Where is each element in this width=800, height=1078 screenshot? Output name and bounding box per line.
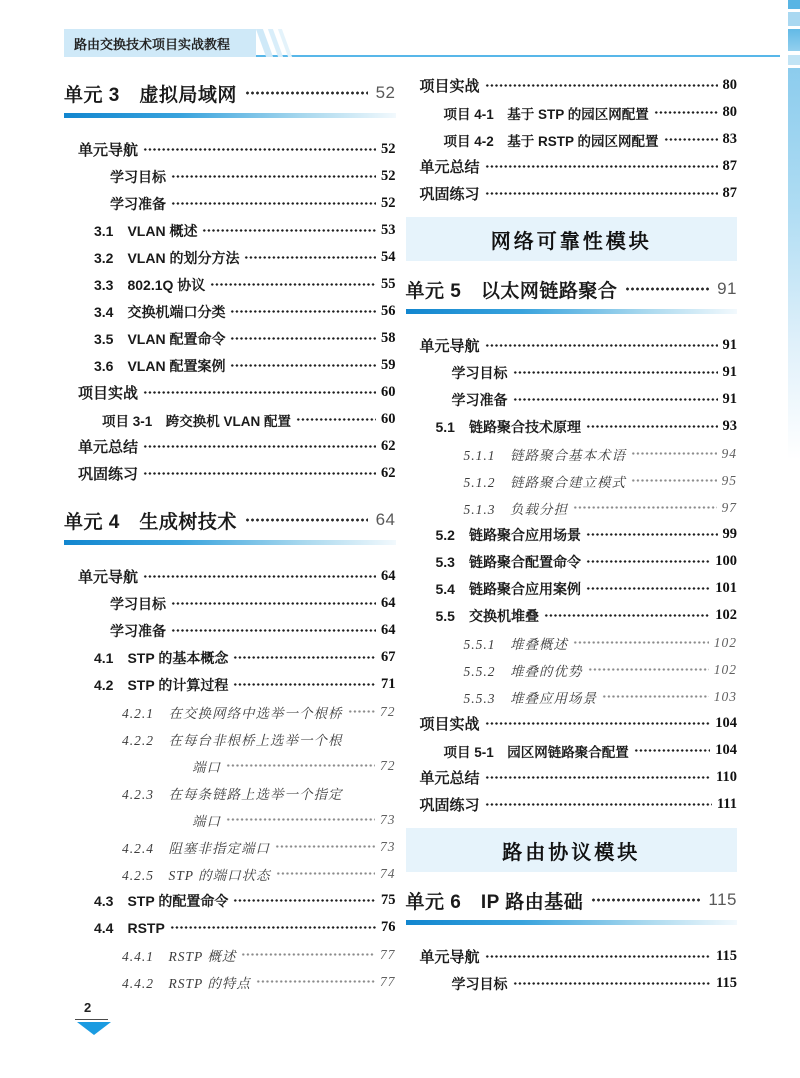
toc-page-number: 72 xyxy=(380,758,396,774)
toc-entry: 单元总结110 xyxy=(406,764,738,791)
toc-page-number: 99 xyxy=(723,526,738,543)
dot-leader xyxy=(634,737,710,764)
toc-entry-text: 5.5.3 堆叠应用场景 xyxy=(464,687,598,707)
dot-leader xyxy=(256,968,375,995)
dot-leader xyxy=(631,440,717,467)
toc-entry-text: 巩固练习 xyxy=(420,794,480,815)
unit-heading-underline xyxy=(406,309,738,314)
toc-page-number: 87 xyxy=(723,185,738,202)
dot-leader xyxy=(544,602,710,629)
toc-entry: 项目 4-2 基于 RSTP 的园区网配置83 xyxy=(406,126,738,153)
toc-entry: 端口72 xyxy=(64,752,396,779)
toc-entry: 5.5 交换机堆叠102 xyxy=(406,602,738,629)
toc-entry-text: 端口 xyxy=(192,810,221,830)
edge-block-icon xyxy=(788,29,800,51)
dot-leader xyxy=(171,617,376,644)
unit-heading: 单元 3 虚拟局域网52 xyxy=(64,78,396,118)
footer-line xyxy=(75,1019,108,1020)
module-heading: 路由协议模块 xyxy=(406,828,738,872)
page-number: 2 xyxy=(84,1000,91,1015)
toc-page-number: 62 xyxy=(381,465,396,482)
toc-entry: 学习目标91 xyxy=(406,359,738,386)
toc-entry: 5.2 链路聚合应用场景99 xyxy=(406,521,738,548)
toc-entry: 5.1.2 链路聚合建立模式95 xyxy=(406,467,738,494)
dot-leader xyxy=(230,298,376,325)
toc-entry-text: 5.5 交换机堆叠 xyxy=(436,606,539,626)
toc-entry-text: 学习目标 xyxy=(110,594,166,614)
toc-entry-text: 5.2 链路聚合应用场景 xyxy=(436,525,581,545)
dot-leader xyxy=(573,629,709,656)
toc-entry: 3.6 VLAN 配置案例59 xyxy=(64,352,396,379)
toc-page-number: 71 xyxy=(381,676,396,693)
dot-leader xyxy=(625,274,709,304)
dot-leader xyxy=(210,271,376,298)
toc-entry: 单元导航52 xyxy=(64,136,396,163)
toc-page-number: 102 xyxy=(714,662,737,678)
toc-page-number: 80 xyxy=(723,104,738,121)
dot-leader xyxy=(573,494,717,521)
toc-entry-text: 4.2.4 阻塞非指定端口 xyxy=(122,837,270,857)
toc-entry: 3.5 VLAN 配置命令58 xyxy=(64,325,396,352)
dot-leader xyxy=(586,413,718,440)
unit-heading-text: 单元 5 以太网链路聚合 xyxy=(406,276,618,303)
book-title: 路由交换技术项目实战教程 xyxy=(74,34,230,53)
dot-leader xyxy=(233,887,376,914)
toc-entry-text: 4.2.5 STP 的端口状态 xyxy=(122,864,271,884)
toc-page-number: 64 xyxy=(381,568,396,585)
toc-entry: 4.4 RSTP76 xyxy=(64,914,396,941)
toc-page-number: 54 xyxy=(381,249,396,266)
toc-entry-text: 5.4 链路聚合应用案例 xyxy=(436,579,581,599)
toc-entry: 4.2 STP 的计算过程71 xyxy=(64,671,396,698)
toc-entry-text: 单元总结 xyxy=(78,436,138,457)
toc-page-number: 87 xyxy=(723,158,738,175)
module-heading: 网络可靠性模块 xyxy=(406,217,738,261)
unit-heading: 单元 5 以太网链路聚合91 xyxy=(406,274,738,314)
dot-leader xyxy=(276,860,375,887)
dot-leader xyxy=(230,352,376,379)
dot-leader xyxy=(171,190,376,217)
dot-leader xyxy=(245,78,368,108)
toc-entry-text: 项目 3-1 跨交换机 VLAN 配置 xyxy=(102,410,291,430)
dot-leader xyxy=(171,590,376,617)
dot-leader xyxy=(230,325,376,352)
edge-block-icon xyxy=(788,0,800,9)
dot-leader xyxy=(588,656,709,683)
unit-page-number: 91 xyxy=(717,279,737,299)
toc-entry: 4.1 STP 的基本概念67 xyxy=(64,644,396,671)
toc-entry-text: 5.1 链路聚合技术原理 xyxy=(436,417,581,437)
dot-leader xyxy=(664,126,718,153)
toc-entry: 3.1 VLAN 概述53 xyxy=(64,217,396,244)
footer-triangle-icon xyxy=(77,1022,111,1035)
toc-page-number: 75 xyxy=(381,892,396,909)
toc-entry: 5.1.3 负载分担97 xyxy=(406,494,738,521)
dot-leader xyxy=(586,548,710,575)
unit-page-number: 115 xyxy=(708,890,737,910)
dot-leader xyxy=(348,698,376,725)
toc-entry-text: 5.3 链路聚合配置命令 xyxy=(436,552,581,572)
toc-column-right: 项目实战80项目 4-1 基于 STP 的园区网配置80项目 4-2 基于 RS… xyxy=(406,72,738,997)
toc-entry-text: 单元导航 xyxy=(420,946,480,967)
toc-page-number: 52 xyxy=(381,141,396,158)
dot-leader xyxy=(143,460,376,487)
toc-page-number: 59 xyxy=(381,357,396,374)
toc-page-number: 104 xyxy=(715,715,737,732)
toc-entry-text: 单元导航 xyxy=(420,335,480,356)
toc-entry: 单元总结87 xyxy=(406,153,738,180)
toc-page-number: 62 xyxy=(381,438,396,455)
toc-entry: 4.2.5 STP 的端口状态74 xyxy=(64,860,396,887)
toc-entry: 巩固练习87 xyxy=(406,180,738,207)
toc-entry-text: 项目 4-1 基于 STP 的园区网配置 xyxy=(444,103,649,123)
dot-leader xyxy=(226,752,375,779)
toc-entry-text: 学习准备 xyxy=(110,194,166,214)
toc-entry: 单元导航115 xyxy=(406,943,738,970)
toc-page-number: 56 xyxy=(381,303,396,320)
toc-page-number: 52 xyxy=(381,195,396,212)
dot-leader xyxy=(485,72,718,99)
toc-entry-text: 5.1.2 链路聚合建立模式 xyxy=(464,471,627,491)
book-title-band: 路由交换技术项目实战教程 xyxy=(64,29,256,57)
toc-entry: 学习目标64 xyxy=(64,590,396,617)
toc-entry-text: 学习准备 xyxy=(110,621,166,641)
dot-leader xyxy=(485,332,718,359)
toc-page-number: 94 xyxy=(722,446,738,462)
toc-entry-text: 4.4.1 RSTP 概述 xyxy=(122,945,236,965)
toc-page-number: 52 xyxy=(381,168,396,185)
edge-block-icon xyxy=(788,55,800,65)
toc-entry: 项目实战80 xyxy=(406,72,738,99)
dot-leader xyxy=(602,683,709,710)
toc-entry-text: 单元总结 xyxy=(420,767,480,788)
toc-entry-text: 单元总结 xyxy=(420,156,480,177)
toc-entry: 5.1 链路聚合技术原理93 xyxy=(406,413,738,440)
toc-entry: 4.2.3 在每条链路上选举一个指定 xyxy=(64,779,396,806)
dot-leader xyxy=(485,710,711,737)
edge-block-icon xyxy=(788,12,800,26)
toc-entry: 项目实战104 xyxy=(406,710,738,737)
toc-entry: 学习准备91 xyxy=(406,386,738,413)
header: 路由交换技术项目实战教程 xyxy=(64,29,287,57)
toc-entry: 学习准备52 xyxy=(64,190,396,217)
dot-leader xyxy=(275,833,375,860)
toc-entry-text: 4.2 STP 的计算过程 xyxy=(94,675,228,695)
toc-entry-text: 单元导航 xyxy=(78,566,138,587)
unit-page-number: 52 xyxy=(376,83,396,103)
dot-leader xyxy=(485,943,712,970)
toc-entry: 4.4.2 RSTP 的特点77 xyxy=(64,968,396,995)
toc-page-number: 111 xyxy=(717,796,737,813)
dot-leader xyxy=(485,791,712,818)
toc-entry: 4.2.4 阻塞非指定端口73 xyxy=(64,833,396,860)
toc-entry: 端口73 xyxy=(64,806,396,833)
toc-entry: 项目实战60 xyxy=(64,379,396,406)
toc-page-number: 77 xyxy=(380,974,396,990)
dot-leader xyxy=(485,764,712,791)
dot-leader xyxy=(513,970,712,997)
toc-entry-text: 5.5.1 堆叠概述 xyxy=(464,633,569,653)
toc-entry-text: 3.4 交换机端口分类 xyxy=(94,302,225,322)
toc-entry: 单元导航91 xyxy=(406,332,738,359)
toc-entry: 5.5.2 堆叠的优势102 xyxy=(406,656,738,683)
toc-page-number: 91 xyxy=(723,337,738,354)
toc-entry: 4.2.1 在交换网络中选举一个根桥72 xyxy=(64,698,396,725)
toc-entry: 学习目标52 xyxy=(64,163,396,190)
toc-entry-text: 项目 4-2 基于 RSTP 的园区网配置 xyxy=(444,130,659,150)
toc-entry-text: 巩固练习 xyxy=(420,183,480,204)
toc-entry-text: 4.2.1 在交换网络中选举一个根桥 xyxy=(122,702,343,722)
toc-entry-text: 学习目标 xyxy=(110,167,166,187)
toc-entry-text: 4.3 STP 的配置命令 xyxy=(94,891,228,911)
toc-entry-text: 3.2 VLAN 的划分方法 xyxy=(94,248,239,268)
toc-entry: 巩固练习62 xyxy=(64,460,396,487)
toc: 单元 3 虚拟局域网52单元导航52学习目标52学习准备523.1 VLAN 概… xyxy=(64,72,737,997)
toc-entry-text: 4.4.2 RSTP 的特点 xyxy=(122,972,251,992)
toc-entry: 单元总结62 xyxy=(64,433,396,460)
toc-page-number: 60 xyxy=(381,384,396,401)
toc-page-number: 115 xyxy=(716,948,737,965)
toc-page-number: 97 xyxy=(722,500,738,516)
dot-leader xyxy=(586,575,710,602)
module-heading-text: 路由协议模块 xyxy=(502,836,640,865)
dot-leader xyxy=(513,359,718,386)
toc-entry-text: 4.2.3 在每条链路上选举一个指定 xyxy=(122,783,343,803)
toc-entry-text: 项目实战 xyxy=(420,713,480,734)
toc-entry: 项目 3-1 跨交换机 VLAN 配置60 xyxy=(64,406,396,433)
toc-entry-text: 项目实战 xyxy=(420,75,480,96)
unit-heading-text: 单元 4 生成树技术 xyxy=(64,507,237,534)
toc-entry-text: 学习准备 xyxy=(452,390,508,410)
toc-page-number: 100 xyxy=(715,553,737,570)
toc-page-number: 91 xyxy=(723,364,738,381)
dot-leader xyxy=(296,406,376,433)
toc-page-number: 115 xyxy=(716,975,737,992)
toc-page-number: 60 xyxy=(381,411,396,428)
toc-entry: 5.1.1 链路聚合基本术语94 xyxy=(406,440,738,467)
toc-page-number: 74 xyxy=(380,866,396,882)
toc-entry: 5.5.3 堆叠应用场景103 xyxy=(406,683,738,710)
toc-page-number: 76 xyxy=(381,919,396,936)
toc-page-number: 93 xyxy=(723,418,738,435)
toc-page-number: 73 xyxy=(380,839,396,855)
dot-leader xyxy=(244,244,376,271)
dot-leader xyxy=(654,99,718,126)
toc-entry: 4.4.1 RSTP 概述77 xyxy=(64,941,396,968)
toc-entry-text: 5.1.1 链路聚合基本术语 xyxy=(464,444,627,464)
toc-entry-text: 4.4 RSTP xyxy=(94,918,165,938)
toc-page-number: 73 xyxy=(380,812,396,828)
dot-leader xyxy=(245,505,368,535)
dot-leader xyxy=(226,806,375,833)
dot-leader xyxy=(591,885,700,915)
toc-entry: 3.3 802.1Q 协议55 xyxy=(64,271,396,298)
dot-leader xyxy=(202,217,376,244)
edge-strip-icon xyxy=(788,68,800,460)
toc-page-number: 77 xyxy=(380,947,396,963)
unit-heading-text: 单元 6 IP 路由基础 xyxy=(406,887,584,914)
toc-entry: 学习目标115 xyxy=(406,970,738,997)
dot-leader xyxy=(143,136,376,163)
unit-heading-underline xyxy=(406,920,738,925)
toc-entry: 5.4 链路聚合应用案例101 xyxy=(406,575,738,602)
toc-page-number: 95 xyxy=(722,473,738,489)
toc-entry: 学习准备64 xyxy=(64,617,396,644)
unit-heading-underline xyxy=(64,113,396,118)
module-heading-text: 网络可靠性模块 xyxy=(491,225,652,254)
toc-page-number: 91 xyxy=(723,391,738,408)
dot-leader xyxy=(171,163,376,190)
toc-entry: 项目 4-1 基于 STP 的园区网配置80 xyxy=(406,99,738,126)
toc-entry-text: 端口 xyxy=(192,756,221,776)
toc-entry: 单元导航64 xyxy=(64,563,396,590)
unit-heading: 单元 6 IP 路由基础115 xyxy=(406,885,738,925)
toc-page-number: 101 xyxy=(715,580,737,597)
dot-leader xyxy=(143,379,376,406)
dot-leader xyxy=(586,521,718,548)
toc-entry: 5.5.1 堆叠概述102 xyxy=(406,629,738,656)
toc-entry-text: 学习目标 xyxy=(452,363,508,383)
toc-entry-text: 4.1 STP 的基本概念 xyxy=(94,648,228,668)
book-toc-page: 路由交换技术项目实战教程 单元 3 虚拟局域网52单元导航52学习目标52学习准… xyxy=(0,0,800,1078)
toc-entry-text: 巩固练习 xyxy=(78,463,138,484)
toc-entry: 5.3 链路聚合配置命令100 xyxy=(406,548,738,575)
toc-entry-text: 项目 5-1 园区网链路聚合配置 xyxy=(444,741,629,761)
toc-entry: 3.4 交换机端口分类56 xyxy=(64,298,396,325)
toc-page-number: 55 xyxy=(381,276,396,293)
toc-entry-text: 学习目标 xyxy=(452,974,508,994)
toc-page-number: 102 xyxy=(715,607,737,624)
toc-entry-text: 5.1.3 负载分担 xyxy=(464,498,569,518)
dot-leader xyxy=(233,671,376,698)
unit-heading: 单元 4 生成树技术64 xyxy=(64,505,396,545)
toc-page-number: 67 xyxy=(381,649,396,666)
dot-leader xyxy=(241,941,375,968)
toc-entry-text: 3.6 VLAN 配置案例 xyxy=(94,356,225,376)
unit-heading-text: 单元 3 虚拟局域网 xyxy=(64,80,237,107)
toc-page-number: 53 xyxy=(381,222,396,239)
toc-entry-text: 3.1 VLAN 概述 xyxy=(94,221,197,241)
toc-entry: 4.3 STP 的配置命令75 xyxy=(64,887,396,914)
dot-leader xyxy=(513,386,718,413)
dot-leader xyxy=(485,180,718,207)
toc-entry-text: 3.5 VLAN 配置命令 xyxy=(94,329,225,349)
dot-leader xyxy=(143,563,376,590)
toc-entry-text: 5.5.2 堆叠的优势 xyxy=(464,660,583,680)
toc-page-number: 80 xyxy=(723,77,738,94)
toc-page-number: 104 xyxy=(715,742,737,759)
dot-leader xyxy=(233,644,376,671)
dot-leader xyxy=(170,914,376,941)
toc-entry: 4.2.2 在每台非根桥上选举一个根 xyxy=(64,725,396,752)
toc-entry: 项目 5-1 园区网链路聚合配置104 xyxy=(406,737,738,764)
toc-page-number: 64 xyxy=(381,622,396,639)
toc-entry-text: 4.2.2 在每台非根桥上选举一个根 xyxy=(122,729,343,749)
toc-entry-text: 3.3 802.1Q 协议 xyxy=(94,275,205,295)
toc-page-number: 83 xyxy=(723,131,738,148)
toc-page-number: 64 xyxy=(381,595,396,612)
unit-page-number: 64 xyxy=(376,510,396,530)
toc-page-number: 103 xyxy=(714,689,737,705)
toc-entry: 3.2 VLAN 的划分方法54 xyxy=(64,244,396,271)
dot-leader xyxy=(485,153,718,180)
dot-leader xyxy=(631,467,717,494)
dot-leader xyxy=(143,433,376,460)
unit-heading-underline xyxy=(64,540,396,545)
toc-entry-text: 项目实战 xyxy=(78,382,138,403)
toc-entry-text: 单元导航 xyxy=(78,139,138,160)
toc-page-number: 58 xyxy=(381,330,396,347)
toc-page-number: 102 xyxy=(714,635,737,651)
toc-page-number: 72 xyxy=(380,704,396,720)
toc-column-left: 单元 3 虚拟局域网52单元导航52学习目标52学习准备523.1 VLAN 概… xyxy=(64,72,396,997)
toc-page-number: 110 xyxy=(716,769,737,786)
toc-entry: 巩固练习111 xyxy=(406,791,738,818)
